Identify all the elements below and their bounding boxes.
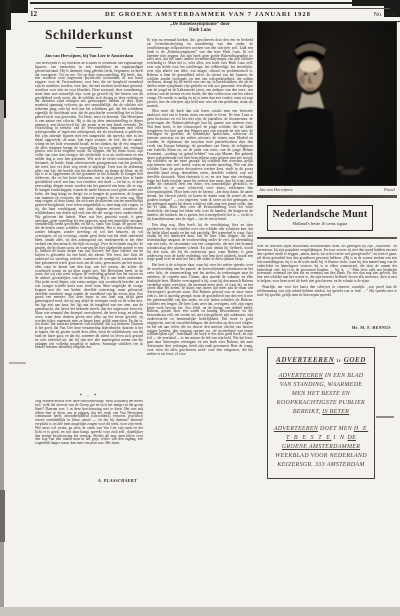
house-ad-headline: ADVERTEEREN is GOED <box>273 356 369 364</box>
right-column: Jan van Herwijnen. Pastel Nederlandsche … <box>257 21 397 479</box>
house-ad-word: ADVERTEEREN <box>274 426 318 432</box>
scan-artifact-left-edge <box>0 490 5 542</box>
paragraph: Nog verdere details over deze tentoonste… <box>35 400 143 446</box>
cigar-ad-subtitle: Holland’s beste 10 cents sigaar <box>270 221 370 226</box>
house-ad-address: WEEKBLAD VOOR NEDERLAND KEIZERSGR. 333 A… <box>275 453 367 468</box>
column-rule <box>257 336 397 337</box>
caption-sitter-name: Jan van Herwijnen. <box>259 187 294 192</box>
page-number: 12 <box>30 10 64 18</box>
issue-number: No. 2640 <box>352 12 396 18</box>
paragraph: Van Herwijnen is bij voorkeur de schilde… <box>35 62 143 350</box>
paragraph: Waarlijk, om voor het laatst den schrijv… <box>257 286 397 298</box>
house-ad-text: DOET MEN <box>320 426 352 432</box>
paragraph: over de hoofden zijner millioende bewond… <box>257 245 397 283</box>
portrait-pastel-image <box>258 22 396 185</box>
scan-artifact-bottom-edge <box>0 607 400 616</box>
review-heading-line1: „De Rubenssymphonie” door <box>170 22 230 27</box>
section-title: Schilderkunst <box>35 27 143 43</box>
author-signature: A. PLASSCHAERT <box>35 479 143 483</box>
review-conclusion: over de hoofden zijner millioende bewond… <box>257 245 397 324</box>
house-ad-word: ADVERTEEREN <box>279 373 323 379</box>
house-ad-word: is <box>337 359 342 364</box>
paragraph: Eén ding nog. Men heeft, bij de verschij… <box>147 224 253 262</box>
paragraph: Er zijn nu eenmaal boeken, die, geschrev… <box>147 39 253 108</box>
column-rule <box>257 237 397 239</box>
article-title: Jan van Herwijnen, bij Van Lier te Amste… <box>35 53 143 58</box>
house-ad-box: ADVERTEEREN is GOED ADVERTEEREN IN EEN B… <box>267 347 375 479</box>
section-divider: * . * <box>35 393 143 400</box>
left-column: Schilderkunst Jan van Herwijnen, bij Van… <box>35 27 143 493</box>
house-ad-word: ADVERTEEREN <box>276 356 334 364</box>
house-ad-word: IS BETER <box>322 409 349 415</box>
cigar-ad-box: Nederlandsche Munt Holland’s beste 10 ce… <box>267 205 373 232</box>
paragraph: Het best is de schrijver daar, waar hij … <box>147 264 253 356</box>
article-body-continued: Nog verdere details over deze tentoonste… <box>35 400 143 477</box>
portrait-photo <box>257 21 397 186</box>
column-rule <box>257 195 397 198</box>
masthead: 12 DE GROENE AMSTERDAMMER VAN 7 JANUARI … <box>30 10 396 18</box>
caption-medium: Pastel <box>384 187 395 192</box>
house-ad-text: I N <box>333 435 345 441</box>
review-heading-line2: Huib Luns <box>189 28 211 33</box>
decorative-rule <box>76 47 102 48</box>
house-ad-paragraph: ADVERTEEREN DOET MEN H E T B E S T E I N… <box>273 425 369 470</box>
house-ad-paragraph: ADVERTEEREN IN EEN BLAD VAN STANDING, WA… <box>273 372 369 417</box>
reviewer-signature: Mr. M. F. HENNUS <box>257 326 397 330</box>
house-ad-word: GOED <box>344 356 366 364</box>
masthead-title: DE GROENE AMSTERDAMMER VAN 7 JANUARI 192… <box>64 11 352 18</box>
paragraph: Men moet dit boek dan ook lezen, zooals … <box>147 110 253 221</box>
article-body: Van Herwijnen is bij voorkeur de schilde… <box>35 62 143 393</box>
review-heading: „De Rubenssymphonie” door Huib Luns <box>147 22 253 33</box>
scan-artifact-top-line <box>30 2 390 4</box>
masthead-rule-top <box>34 8 390 9</box>
cigar-ad-title: Nederlandsche Munt <box>270 209 370 220</box>
middle-column: „De Rubenssymphonie” door Huib Luns Er z… <box>147 22 253 495</box>
scan-artifact-margin-mark <box>9 362 26 364</box>
newspaper-page: 12 DE GROENE AMSTERDAMMER VAN 7 JANUARI … <box>0 0 400 616</box>
house-ad-text: IN EEN BLAD VAN STANDING, WAARMEDE MEN H… <box>277 373 366 415</box>
